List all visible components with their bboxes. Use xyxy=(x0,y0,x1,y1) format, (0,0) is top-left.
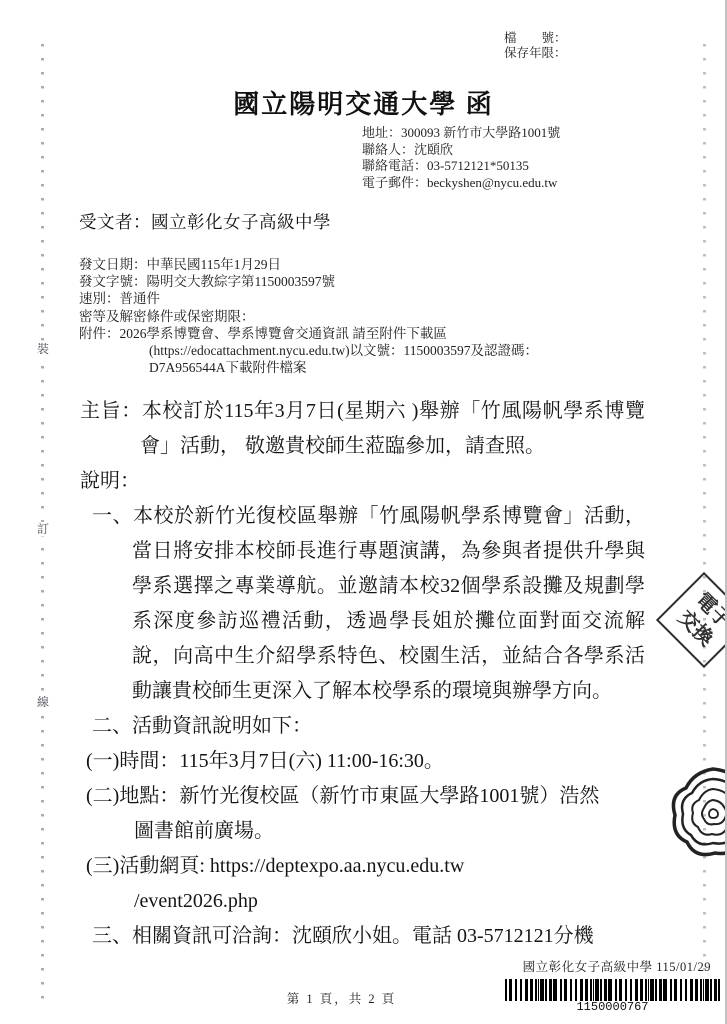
security-class: 密等及解密條件或保密期限： xyxy=(79,308,679,325)
scribble-seal-icon xyxy=(663,763,727,863)
page-number: 第 1 頁，共 2 頁 xyxy=(0,989,683,1007)
explanation-label: 說明： xyxy=(80,464,645,499)
electronic-exchange-stamp: 電子交換 xyxy=(656,572,727,668)
binding-mark-ding: 訂 xyxy=(35,522,51,536)
subject-paragraph: 主旨：本校訂於115年3月7日(星期六 )舉辦「竹風陽帆學系博覽會」活動， 敬邀… xyxy=(80,394,645,464)
document-page: 裝 訂 線 檔 號： 保存年限： 國立陽明交通大學 函 地址：300093 新竹… xyxy=(0,0,727,1024)
list-item-2: 二、活動資訊說明如下： xyxy=(92,709,645,744)
retention-label: 保存年限： xyxy=(504,46,567,61)
subject-text: 本校訂於115年3月7日(星期六 )舉辦「竹風陽帆學系博覽會」活動， 敬邀貴校師… xyxy=(140,400,645,457)
document-title: 國立陽明交通大學 函 xyxy=(0,84,727,121)
sub-item-location-text: 地點：新竹光復校區（新竹市東區大學路1001號）浩然 圖書館前廣場。 xyxy=(119,785,599,842)
list-item-3-text: 相關資訊可洽詢：沈頤欣小姐。電話 03-5712121分機 xyxy=(132,925,594,947)
binding-mark-zhuang: 裝 xyxy=(35,342,51,356)
sub-item-time: (一)時間：115年3月7日(六) 11:00-16:30。 xyxy=(86,744,645,779)
doc-number: 發文字號：陽明交大教綜字第1150003597號 xyxy=(79,273,679,290)
issue-date: 發文日期：中華民國115年1月29日 xyxy=(79,256,679,273)
subject-label: 主旨： xyxy=(80,400,142,422)
sub-item-website-text: 活動網頁: https://deptexpo.aa.nycu.edu.tw /e… xyxy=(119,855,464,912)
electronic-exchange-stamp-text: 電子交換 xyxy=(671,587,727,653)
speed-class: 速別：普通件 xyxy=(79,290,679,307)
list-item-2-text: 活動資訊說明如下： xyxy=(132,715,312,737)
sender-phone: 聯絡電話：03-5712121*50135 xyxy=(362,158,560,175)
file-number-block: 檔 號： 保存年限： xyxy=(504,31,567,61)
sub-item-location: (二)地點：新竹光復校區（新竹市東區大學路1001號）浩然 圖書館前廣場。 xyxy=(86,779,645,849)
sub-item-time-label: (一) xyxy=(86,750,119,772)
letter-body: 主旨：本校訂於115年3月7日(星期六 )舉辦「竹風陽帆學系博覽會」活動， 敬邀… xyxy=(80,394,645,954)
sub-item-website-label: (三) xyxy=(86,855,119,877)
list-item-3-label: 三、 xyxy=(92,925,132,947)
list-item-2-label: 二、 xyxy=(92,715,132,737)
sub-item-time-text: 時間：115年3月7日(六) 11:00-16:30。 xyxy=(119,750,444,772)
sender-email: 電子郵件：beckyshen@nycu.edu.tw xyxy=(362,175,560,192)
attachment-download-url: (https://edocattachment.nycu.edu.tw)以文號：… xyxy=(149,342,679,359)
recipient-line: 受文者：國立彰化女子高級中學 xyxy=(79,209,331,234)
list-item-1-label: 一、 xyxy=(92,505,133,527)
list-item-1: 一、本校於新竹光復校區舉辦「竹風陽帆學系博覽會」活動，當日將安排本校師長進行專題… xyxy=(92,499,645,709)
sender-info-block: 地址：300093 新竹市大學路1001號 聯絡人：沈頤欣 聯絡電話：03-57… xyxy=(362,125,560,191)
sender-address: 地址：300093 新竹市大學路1001號 xyxy=(362,125,560,142)
attachment-line: 附件：2026學系博覽會、學系博覽會交通資訊 請至附件下載區 xyxy=(79,325,679,342)
sub-item-website: (三)活動網頁: https://deptexpo.aa.nycu.edu.tw… xyxy=(86,849,645,919)
list-item-3: 三、相關資訊可洽詢：沈頤欣小姐。電話 03-5712121分機 xyxy=(92,919,645,954)
sender-contact: 聯絡人：沈頤欣 xyxy=(362,142,560,159)
document-meta-block: 發文日期：中華民國115年1月29日 發文字號：陽明交大教綜字第11500035… xyxy=(79,256,679,376)
attachment-auth-code: D7A956544A下載附件檔案 xyxy=(149,359,679,376)
file-number-label: 檔 號： xyxy=(504,31,567,46)
receiving-school-stamp: 國立彰化女子高級中學 115/01/29 xyxy=(523,957,711,975)
sub-item-location-label: (二) xyxy=(86,785,119,807)
binding-mark-xian: 線 xyxy=(35,695,51,709)
list-item-1-text: 本校於新竹光復校區舉辦「竹風陽帆學系博覽會」活動，當日將安排本校師長進行專題演講… xyxy=(132,505,645,702)
